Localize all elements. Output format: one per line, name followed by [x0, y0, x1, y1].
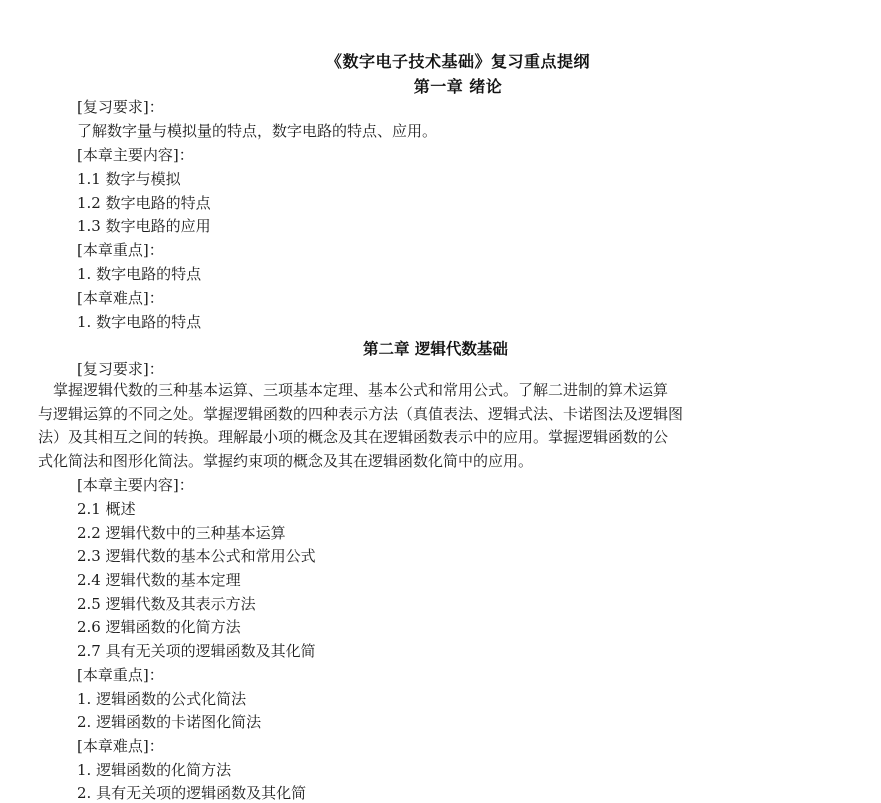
paragraph-line: 式化简法和图形化简法。掌握约束项的概念及其在逻辑函数化简中的应用。	[38, 450, 838, 474]
chapter-2-difficulty-item: 2. 具有无关项的逻辑函数及其化简	[77, 784, 306, 802]
document-page: 《数字电子技术基础》复习重点提纲 第一章 绪论 [复习要求]： 了解数字量与模拟…	[0, 0, 881, 803]
chapter-2-key-points-label: [本章重点]：	[77, 666, 164, 684]
chapter-2-key-point-item: 1. 逻辑函数的公式化简法	[77, 690, 246, 708]
chapter-1-main-content-item: 1.2 数字电路的特点	[77, 194, 211, 212]
chapter-2-main-content-item: 2.6 逻辑函数的化简方法	[77, 618, 241, 636]
chapter-1-main-content-item: 1.3 数字电路的应用	[77, 217, 211, 235]
chapter-1-key-points-label: [本章重点]：	[77, 241, 164, 259]
document-title: 《数字电子技术基础》复习重点提纲	[0, 49, 881, 72]
chapter-1-main-content-label: [本章主要内容]：	[77, 146, 194, 164]
paragraph-line: 与逻辑运算的不同之处。掌握逻辑函数的四种表示方法（真值表法、逻辑式法、卡诺图法及…	[38, 403, 838, 427]
chapter-1-review-requirements-label: [复习要求]：	[77, 98, 164, 116]
chapter-1-main-content-item: 1.1 数字与模拟	[77, 170, 181, 188]
chapter-2-difficulties-label: [本章难点]：	[77, 737, 164, 755]
chapter-2-main-content-item: 2.2 逻辑代数中的三种基本运算	[77, 524, 286, 542]
chapter-2-main-content-item: 2.4 逻辑代数的基本定理	[77, 571, 241, 589]
paragraph-line: 法）及其相互之间的转换。理解最小项的概念及其在逻辑函数表示中的应用。掌握逻辑函数…	[38, 426, 838, 450]
paragraph-line: 掌握逻辑代数的三种基本运算、三项基本定理、基本公式和常用公式。了解二进制的算术运…	[38, 379, 838, 403]
chapter-2-main-content-item: 2.3 逻辑代数的基本公式和常用公式	[77, 547, 316, 565]
chapter-2-review-requirements-label: [复习要求]：	[77, 360, 164, 378]
chapter-2-main-content-item: 2.7 具有无关项的逻辑函数及其化简	[77, 642, 316, 660]
chapter-2-review-requirements-paragraph: 掌握逻辑代数的三种基本运算、三项基本定理、基本公式和常用公式。了解二进制的算术运…	[38, 379, 838, 473]
chapter-2-main-content-label: [本章主要内容]：	[77, 476, 194, 494]
chapter-2-main-content-item: 2.5 逻辑代数及其表示方法	[77, 595, 256, 613]
chapter-1-difficulty-item: 1. 数字电路的特点	[77, 313, 201, 331]
chapter-2-difficulty-item: 1. 逻辑函数的化简方法	[77, 761, 231, 779]
chapter-1-difficulties-label: [本章难点]：	[77, 289, 164, 307]
chapter-2-main-content-item: 2.1 概述	[77, 500, 136, 518]
chapter-1-key-point-item: 1. 数字电路的特点	[77, 265, 201, 283]
chapter-1-review-requirements-text: 了解数字量与模拟量的特点，数字电路的特点、应用。	[77, 122, 437, 140]
chapter-2-heading: 第二章 逻辑代数基础	[363, 337, 508, 359]
chapter-2-key-point-item: 2. 逻辑函数的卡诺图化简法	[77, 713, 261, 731]
chapter-1-heading: 第一章 绪论	[0, 74, 881, 97]
